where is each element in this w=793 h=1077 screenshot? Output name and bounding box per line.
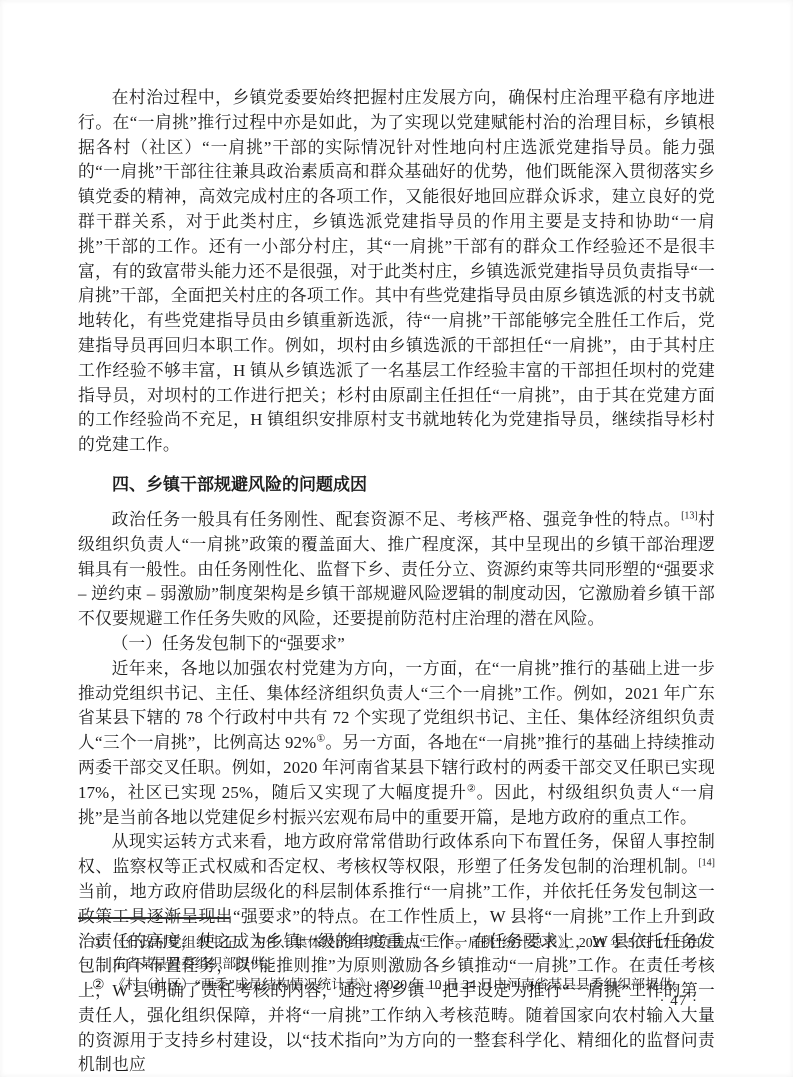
- footnote-text-2: 《村（社区）“两委”成员结构情况统计表》，2020 年 10 月 24 日由河南…: [112, 974, 715, 995]
- citation-ref-13: [13]: [681, 510, 698, 521]
- footnote-ref-2: ②: [467, 783, 477, 794]
- footnote-section: ① 《行政村党组织书记、主任、集体经济组织负责人“三个一肩挑”统计总表》，202…: [78, 917, 715, 995]
- paragraph-text: 政治任务一般具有任务刚性、配套资源不足、考核严格、强竞争性的特点。: [112, 510, 681, 529]
- citation-ref-14: [14]: [698, 858, 715, 869]
- paragraph-political-task: 政治任务一般具有任务刚性、配套资源不足、考核严格、强竞争性的特点。[13]村级组…: [78, 508, 715, 632]
- paragraph-text: 从现实运转方式来看，地方政府常常借助行政体系向下布置任务，保留人事控制权、监察权…: [78, 832, 715, 876]
- paragraph-rural-party-building: 近年来，各地以加强农村党建为方向，一方面，在“一肩挑”推行的基础上进一步推动党组…: [78, 657, 715, 831]
- footnote-1: ① 《行政村党组织书记、主任、集体经济组织负责人“三个一肩挑”统计总表》，202…: [92, 932, 715, 974]
- paper-page: 在村治过程中，乡镇党委要始终把握村庄发展方向，确保村庄治理平稳有序地进行。在“一…: [0, 0, 793, 1077]
- subsection-heading-1: （一）任务发包制下的“强要求”: [78, 632, 715, 657]
- footnote-divider: [78, 917, 230, 919]
- footnote-marker-2: ②: [92, 974, 112, 995]
- paragraph-village-governance: 在村治过程中，乡镇党委要始终把握村庄发展方向，确保村庄治理平稳有序地进行。在“一…: [78, 86, 715, 458]
- footnote-ref-1: ①: [316, 734, 325, 745]
- page-number: · 47 ·: [660, 993, 699, 1010]
- section-heading-4: 四、乡镇干部规避风险的问题成因: [78, 472, 715, 497]
- footnote-marker-1: ①: [92, 932, 112, 974]
- footnote-text-1: 《行政村党组织书记、主任、集体经济组织负责人“三个一肩挑”统计总表》，2021 …: [112, 932, 715, 974]
- paragraph-text: 在村治过程中，乡镇党委要始终把握村庄发展方向，确保村庄治理平稳有序地进行。在“一…: [78, 88, 715, 454]
- footnote-2: ② 《村（社区）“两委”成员结构情况统计表》，2020 年 10 月 24 日由…: [92, 974, 715, 995]
